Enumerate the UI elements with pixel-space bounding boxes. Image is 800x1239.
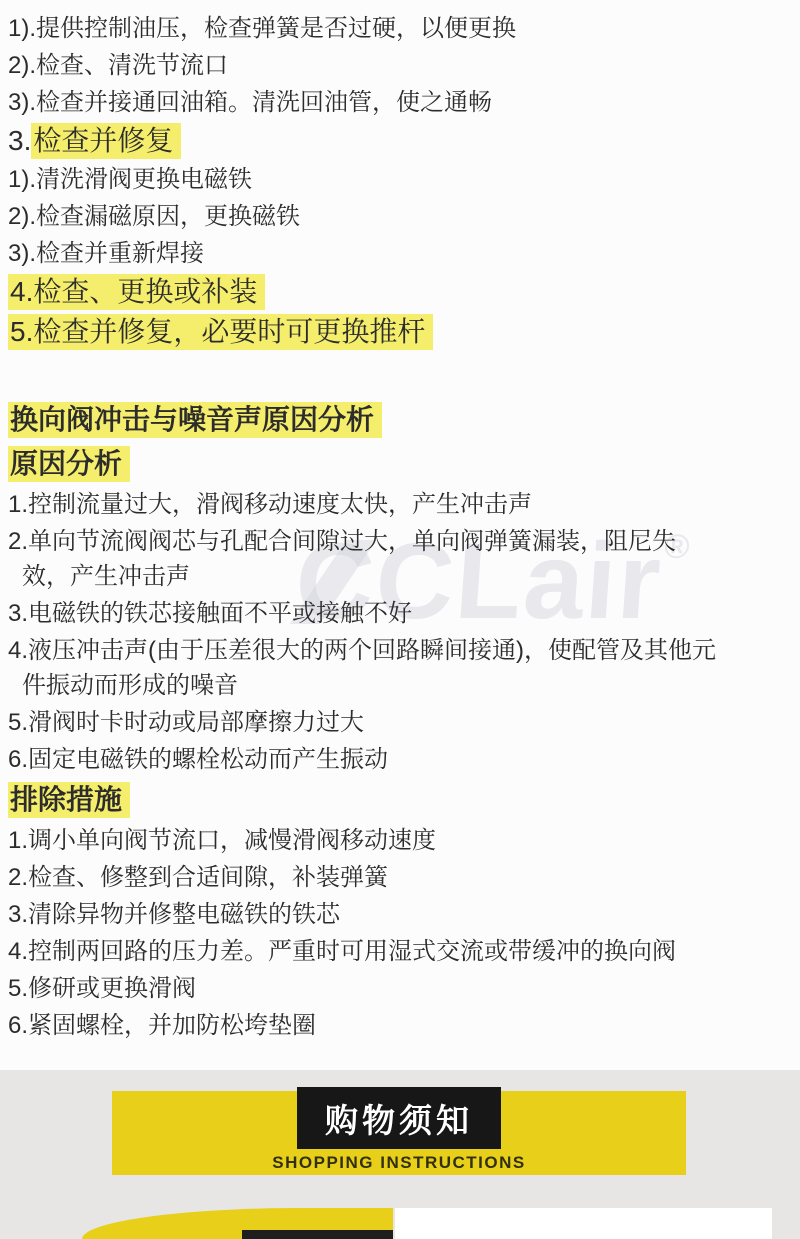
cause-item: 3.电磁铁的铁芯接触面不平或接触不好 (8, 595, 768, 632)
remedy-subitem: 2).检查漏磁原因，更换磁铁 (8, 198, 768, 235)
remedy-subitem: 1).清洗滑阀更换电磁铁 (8, 161, 768, 198)
causes-header-highlight: 原因分析 (8, 446, 130, 482)
remedy-item: 1.调小单向阀节流口，减慢滑阀移动速度 (8, 822, 768, 859)
shopping-subtitle: SHOPPING INSTRUCTIONS (112, 1153, 686, 1173)
repair-item-3-prefix: 3. (8, 125, 31, 156)
remedies-header: 排除措施 (8, 778, 768, 822)
document-body: 1).提供控制油压，检查弹簧是否过硬，以便更换 2).检查、清洗节流口 3).检… (8, 10, 768, 1044)
remedies-header-highlight: 排除措施 (8, 782, 130, 818)
repair-item-4: 4.检查、更换或补装 (8, 272, 768, 312)
remedy-item: 2.检查、修整到合适间隙，补装弹簧 (8, 859, 768, 896)
remedy-item: 6.紧固螺栓，并加防松垮垫圈 (8, 1007, 768, 1044)
remedy-item: 4.控制两回路的压力差。严重时可用湿式交流或带缓冲的换向阀 (8, 933, 768, 970)
noise-section-title-highlight: 换向阀冲击与噪音声原因分析 (8, 402, 382, 438)
remedy-subitem: 3).检查并重新焊接 (8, 235, 768, 272)
next-section-white-card (395, 1208, 772, 1239)
cause-item: 5.滑阀时卡时动或局部摩擦力过大 (8, 704, 768, 741)
section-gap (8, 352, 768, 398)
repair-item-3-highlight: 检查并修复 (31, 123, 181, 159)
remedy-item: 5.修研或更换滑阀 (8, 970, 768, 1007)
cause-item: 4.液压冲击声(由于压差很大的两个回路瞬间接通)，使配管及其他元件振动而形成的噪… (8, 633, 722, 703)
remedy-item: 3.清除异物并修整电磁铁的铁芯 (8, 896, 768, 933)
shopping-title-box: 购物须知 (297, 1087, 501, 1149)
cause-item: 6.固定电磁铁的螺栓松动而产生振动 (8, 741, 768, 778)
repair-item-4-highlight: 4.检查、更换或补装 (8, 274, 265, 310)
repair-item-3: 3.检查并修复 (8, 121, 768, 161)
noise-section-title: 换向阀冲击与噪音声原因分析 (8, 398, 768, 442)
repair-item-5: 5.检查并修复，必要时可更换推杆 (8, 312, 768, 352)
remedy-subitem: 3).检查并接通回油箱。清洗回油管，使之通畅 (8, 84, 768, 121)
causes-header: 原因分析 (8, 442, 768, 486)
next-section-black-bar (242, 1230, 393, 1239)
remedy-subitem: 1).提供控制油压，检查弹簧是否过硬，以便更换 (8, 10, 768, 47)
cause-item: 1.控制流量过大，滑阀移动速度太快，产生冲击声 (8, 486, 768, 523)
shopping-banner: 购物须知 SHOPPING INSTRUCTIONS (112, 1091, 686, 1175)
remedy-subitem: 2).检查、清洗节流口 (8, 47, 768, 84)
footer-gray-band: 购物须知 SHOPPING INSTRUCTIONS (0, 1070, 800, 1239)
cause-item: 2.单向节流阀阀芯与孔配合间隙过大，单向阀弹簧漏装，阻尼失效，产生冲击声 (8, 524, 722, 594)
repair-item-5-highlight: 5.检查并修复，必要时可更换推杆 (8, 314, 433, 350)
shopping-title: 购物须知 (325, 1095, 473, 1142)
